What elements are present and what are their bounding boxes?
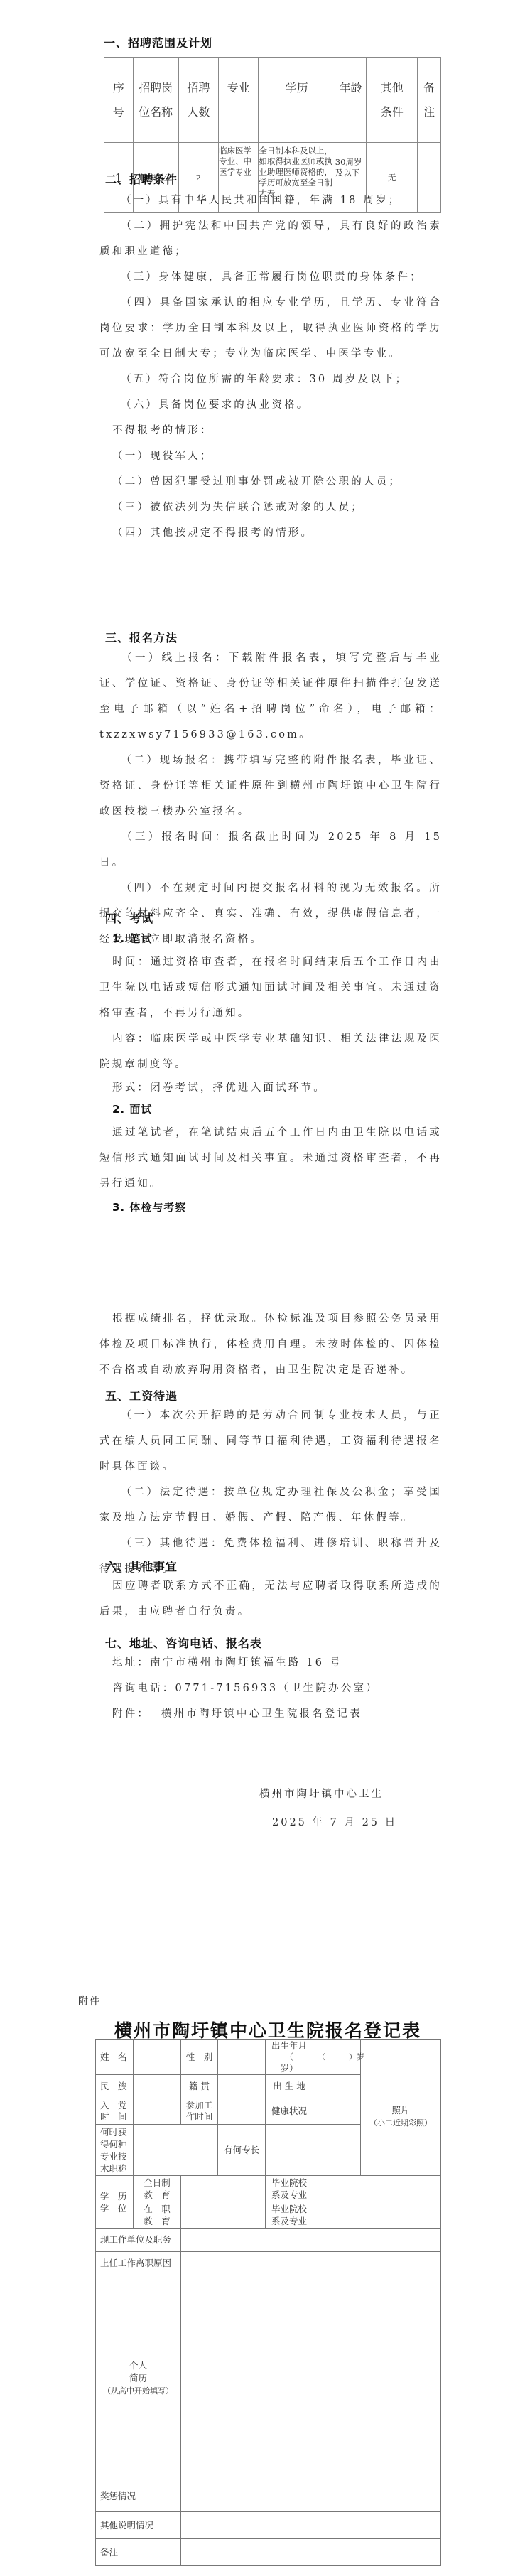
input-party-time[interactable]	[134, 2098, 181, 2125]
input-school-fulltime[interactable]	[313, 2176, 441, 2202]
photo-note: （小二近期彩照）	[365, 2117, 436, 2130]
appendix-label: 附件	[78, 1994, 101, 2008]
section3-methods: （一）线上报名：下载附件报名表，填写完整后与毕业证、学位证、资格证、身份证等相关…	[99, 645, 442, 952]
header-position: 招聘岗 位名称	[133, 58, 178, 143]
written-content: 内容：临床医学或中医学专业基础知识、相关法律法规及医院规章制度等。	[99, 1026, 442, 1077]
input-inservice[interactable]	[181, 2202, 266, 2229]
label-birthplace: 出 生 地	[266, 2075, 313, 2098]
written-exam-title: 1. 笔试	[99, 928, 442, 949]
benefit-text: （二）法定待遇：按单位规定办理社保及公积金；享受国家及地方法定节假日、婚假、产假…	[99, 1487, 442, 1524]
header-major: 专业	[218, 58, 258, 143]
form-row: 学 历 学 位 全日制 教 育 毕业院校 系及专业	[96, 2176, 441, 2202]
input-school-inservice[interactable]	[313, 2202, 441, 2229]
label-leave-reason: 上任工作离职原因	[96, 2252, 181, 2275]
phone: 咨询电话：0771-7156933（卫生院办公室）	[99, 1676, 442, 1701]
header-age: 年龄	[335, 58, 366, 143]
label-name-text: 姓 名	[100, 2052, 127, 2062]
section1-heading: 一、招聘范围及计划	[104, 34, 212, 50]
input-birthplace[interactable]	[313, 2075, 361, 2098]
condition-item: （五）符合岗位所需的年龄要求：30 周岁及以下；	[99, 367, 442, 392]
signature-block: 横州市陶圩镇中心卫生 2025 年 7 月 25 日	[259, 1780, 444, 1837]
condition-text: （二）拥护宪法和中国共产党的领导，具有良好的政治素质和职业道德；	[99, 220, 442, 257]
interview-body: 通过笔试者，在笔试结束后五个工作日内由卫生院以电话或短信形式通知面试时间及相关事…	[99, 1127, 442, 1190]
written-content-text: 内容：临床医学或中医学专业基础知识、相关法律法规及医院规章制度等。	[99, 1033, 442, 1070]
header-education: 学历	[259, 58, 335, 143]
section5-heading: 五、工资待遇	[105, 1387, 178, 1403]
section7-heading: 七、地址、咨询电话、报名表	[105, 1634, 262, 1651]
label-school-fulltime: 毕业院校 系及专业	[266, 2176, 313, 2202]
header-other-label: 其他 条件	[381, 81, 404, 119]
header-education-label: 学历	[286, 81, 308, 95]
physical-body: 根据成绩排名，择优录取。体检标准及项目参照公务员录用体检及项目标准执行，体检费用…	[99, 1313, 442, 1376]
exclusion-item: （三）被依法列为失信联合惩戒对象的人员；	[99, 495, 442, 520]
input-birth-age[interactable]: （ ）岁	[313, 2040, 361, 2075]
condition-text: （四）具备国家承认的相应专业学历，且学历、专业符合岗位要求：学历全日制本科及以上…	[99, 297, 442, 360]
input-leave-reason[interactable]	[181, 2252, 441, 2275]
form-row: 现工作单位及职务	[96, 2229, 441, 2252]
attachment-link[interactable]: 附件： 横州市陶圩镇中心卫生院报名登记表	[99, 1701, 442, 1727]
written-form-text: 形式：闭卷考试，择优进入面试环节。	[112, 1082, 326, 1094]
physical-title: 3. 体检与考察	[99, 1197, 442, 1218]
table-header-row: 序 号 招聘岗 位名称 招聘 人数 专业 学历 年龄 其他 条件 备 注	[104, 58, 441, 143]
label-health: 健康状况	[266, 2098, 313, 2125]
condition-item: （四）具备国家承认的相应专业学历，且学历、专业符合岗位要求：学历全日制本科及以上…	[99, 290, 442, 367]
section6-heading: 六、其他事宜	[105, 1558, 178, 1574]
registration-form-table: 姓 名 性 别 出生年月 （ 岁） （ ）岁 照片 （小二近期彩照） 民 族 籍…	[95, 2039, 441, 2566]
input-native-place[interactable]	[218, 2075, 266, 2098]
label-ethnicity-text: 民 族	[100, 2081, 127, 2091]
input-fulltime[interactable]	[181, 2176, 266, 2202]
label-resume-text: 个人 简历	[100, 2359, 176, 2385]
label-resume: 个人 简历 （从高中开始填写）	[96, 2275, 181, 2481]
header-count: 招聘 人数	[178, 58, 218, 143]
label-gender-text: 性 别	[186, 2052, 213, 2062]
condition-text: （五）符合岗位所需的年龄要求：30 周岁及以下；	[121, 374, 408, 385]
form-row: 备注	[96, 2539, 441, 2566]
label-remark: 备注	[96, 2539, 181, 2566]
input-resume[interactable]	[181, 2275, 441, 2481]
benefit-item: （二）法定待遇：按单位规定办理社保及公积金；享受国家及地方法定节假日、婚假、产假…	[99, 1480, 442, 1531]
exclusion-item: （一）现役军人；	[99, 443, 442, 469]
label-name: 姓 名	[96, 2040, 134, 2075]
label-party-time: 入 党 时 间	[96, 2098, 134, 2125]
label-resume-note: （从高中开始填写）	[100, 2385, 176, 2398]
input-current-job[interactable]	[181, 2229, 441, 2252]
label-degree: 学 历 学 位	[96, 2176, 134, 2229]
label-gender: 性 别	[181, 2040, 218, 2075]
section4-heading: 四、考试	[105, 910, 153, 926]
section6-body: 因应聘者联系方式不正确，无法与应聘者取得联系所造成的后果，由应聘者自行负责。	[99, 1580, 442, 1617]
label-rewards: 奖惩情况	[96, 2481, 181, 2512]
input-name[interactable]	[134, 2040, 181, 2075]
header-no-label: 序 号	[113, 81, 124, 119]
condition-item: （二）拥护宪法和中国共产党的领导，具有良好的政治素质和职业道德；	[99, 213, 442, 264]
condition-item: （六）具备岗位要求的执业资格。	[99, 392, 442, 418]
method-item: （一）线上报名：下载附件报名表，填写完整后与毕业证、学位证、资格证、身份证等相关…	[99, 645, 442, 748]
form-row: 在 职 教 育 毕业院校 系及专业	[96, 2202, 441, 2229]
benefit-item: （一）本次公开招聘的是劳动合同制专业技术人员，与正式在编人员同工同酬、同等节日福…	[99, 1403, 442, 1480]
input-other-notes[interactable]	[181, 2512, 441, 2539]
exclusion-item: （二）曾因犯罪受过刑事处罚或被开除公职的人员；	[99, 469, 442, 495]
written-time: 时间：通过资格审查者，在报名时间结束后五个工作日内由卫生院以电话或短信形式通知面…	[99, 949, 442, 1026]
written-form: 形式：闭卷考试，择优进入面试环节。	[99, 1077, 442, 1099]
header-age-label: 年龄	[340, 81, 362, 95]
header-count-label: 招聘 人数	[187, 81, 210, 119]
exclusion-title: 不得报考的情形：	[99, 418, 442, 443]
section5-benefits: （一）本次公开招聘的是劳动合同制专业技术人员，与正式在编人员同工同酬、同等节日福…	[99, 1403, 442, 1582]
written-time-text: 时间：通过资格审查者，在报名时间结束后五个工作日内由卫生院以电话或短信形式通知面…	[99, 956, 442, 1019]
label-other-notes: 其他说明情况	[96, 2512, 181, 2539]
form-row: 姓 名 性 别 出生年月 （ 岁） （ ）岁 照片 （小二近期彩照）	[96, 2040, 441, 2075]
form-row: 奖惩情况	[96, 2481, 441, 2512]
interview-text: 通过笔试者，在笔试结束后五个工作日内由卫生院以电话或短信形式通知面试时间及相关事…	[99, 1120, 442, 1197]
input-rewards[interactable]	[181, 2481, 441, 2512]
section4-exam: 1. 笔试 时间：通过资格审查者，在报名时间结束后五个工作日内由卫生院以电话或短…	[99, 928, 442, 1218]
label-school-inservice: 毕业院校 系及专业	[266, 2202, 313, 2229]
signature-date: 2025 年 7 月 25 日	[259, 1809, 444, 1837]
address: 地址：南宁市横州市陶圩镇福生路 16 号	[99, 1650, 442, 1676]
input-ethnicity[interactable]	[134, 2075, 181, 2098]
header-other: 其他 条件	[367, 58, 418, 143]
method-text: （一）线上报名：下载附件报名表，填写完整后与毕业证、学位证、资格证、身份证等相关…	[99, 652, 442, 740]
label-inservice: 在 职 教 育	[134, 2202, 181, 2229]
method-text: （二）现场报名：携带填写完整的附件报名表，毕业证、资格证、身份证等相关证件原件到…	[99, 755, 442, 817]
label-work-start: 参加工 作时间	[181, 2098, 218, 2125]
label-specialty: 有何专长	[218, 2125, 266, 2176]
physical-text: 根据成绩排名，择优录取。体检标准及项目参照公务员录用体检及项目标准执行，体检费用…	[99, 1306, 442, 1383]
method-text: （三）报名时间：报名截止时间为 2025 年 8 月 15 日。	[99, 831, 442, 868]
input-work-start[interactable]	[218, 2098, 266, 2125]
header-no: 序 号	[104, 58, 134, 143]
photo-box[interactable]: 照片 （小二近期彩照）	[361, 2040, 441, 2176]
benefit-text: （一）本次公开招聘的是劳动合同制专业技术人员，与正式在编人员同工同酬、同等节日福…	[99, 1410, 442, 1472]
input-gender[interactable]	[218, 2040, 266, 2075]
label-current-job: 现工作单位及职务	[96, 2229, 181, 2252]
input-remark[interactable]	[181, 2539, 441, 2566]
method-item: （二）现场报名：携带填写完整的附件报名表，毕业证、资格证、身份证等相关证件原件到…	[99, 748, 442, 824]
label-ethnicity: 民 族	[96, 2075, 134, 2098]
form-title: 横州市陶圩镇中心卫生院报名登记表	[95, 2017, 440, 2042]
header-position-label: 招聘岗 位名称	[139, 81, 173, 119]
condition-item: （三）身体健康，具备正常履行岗位职责的身体条件；	[99, 264, 442, 290]
label-native-place: 籍 贯	[181, 2075, 218, 2098]
section2-heading: 二、招聘条件	[105, 171, 178, 187]
label-title-obtained: 何时获 得何种 专业技 术职称	[96, 2125, 134, 2176]
exclusion-item: （四）其他按规定不得报考的情形。	[99, 520, 442, 546]
input-health[interactable]	[313, 2098, 361, 2125]
form-row: 个人 简历 （从高中开始填写）	[96, 2275, 441, 2481]
input-title-obtained[interactable]	[134, 2125, 218, 2176]
condition-text: （六）具备岗位要求的执业资格。	[121, 399, 310, 411]
condition-text: （三）身体健康，具备正常履行岗位职责的身体条件；	[121, 271, 423, 283]
label-fulltime: 全日制 教 育	[134, 2176, 181, 2202]
interview-title: 2. 面试	[99, 1099, 442, 1120]
header-major-label: 专业	[227, 81, 250, 95]
photo-label: 照片	[365, 2104, 436, 2117]
label-birth: 出生年月 （ 岁）	[266, 2040, 313, 2075]
section2-conditions: （一）具有中华人民共和国国籍，年满 18 周岁； （二）拥护宪法和中国共产党的领…	[99, 188, 442, 546]
header-remark: 备 注	[418, 58, 441, 143]
input-specialty[interactable]	[266, 2125, 361, 2176]
section3-heading: 三、报名方法	[105, 629, 178, 645]
form-row: 上任工作离职原因	[96, 2252, 441, 2275]
condition-text: （一）具有中华人民共和国国籍，年满 18 周岁；	[121, 195, 401, 206]
header-remark-label: 备 注	[423, 81, 435, 119]
form-row: 其他说明情况	[96, 2512, 441, 2539]
condition-item: （一）具有中华人民共和国国籍，年满 18 周岁；	[99, 188, 442, 213]
section7-contact: 地址：南宁市横州市陶圩镇福生路 16 号 咨询电话：0771-7156933（卫…	[99, 1650, 442, 1727]
section6-text: 因应聘者联系方式不正确，无法与应聘者取得联系所造成的后果，由应聘者自行负责。	[99, 1573, 442, 1624]
method-item: （三）报名时间：报名截止时间为 2025 年 8 月 15 日。	[99, 824, 442, 875]
signature-org: 横州市陶圩镇中心卫生	[259, 1780, 444, 1809]
